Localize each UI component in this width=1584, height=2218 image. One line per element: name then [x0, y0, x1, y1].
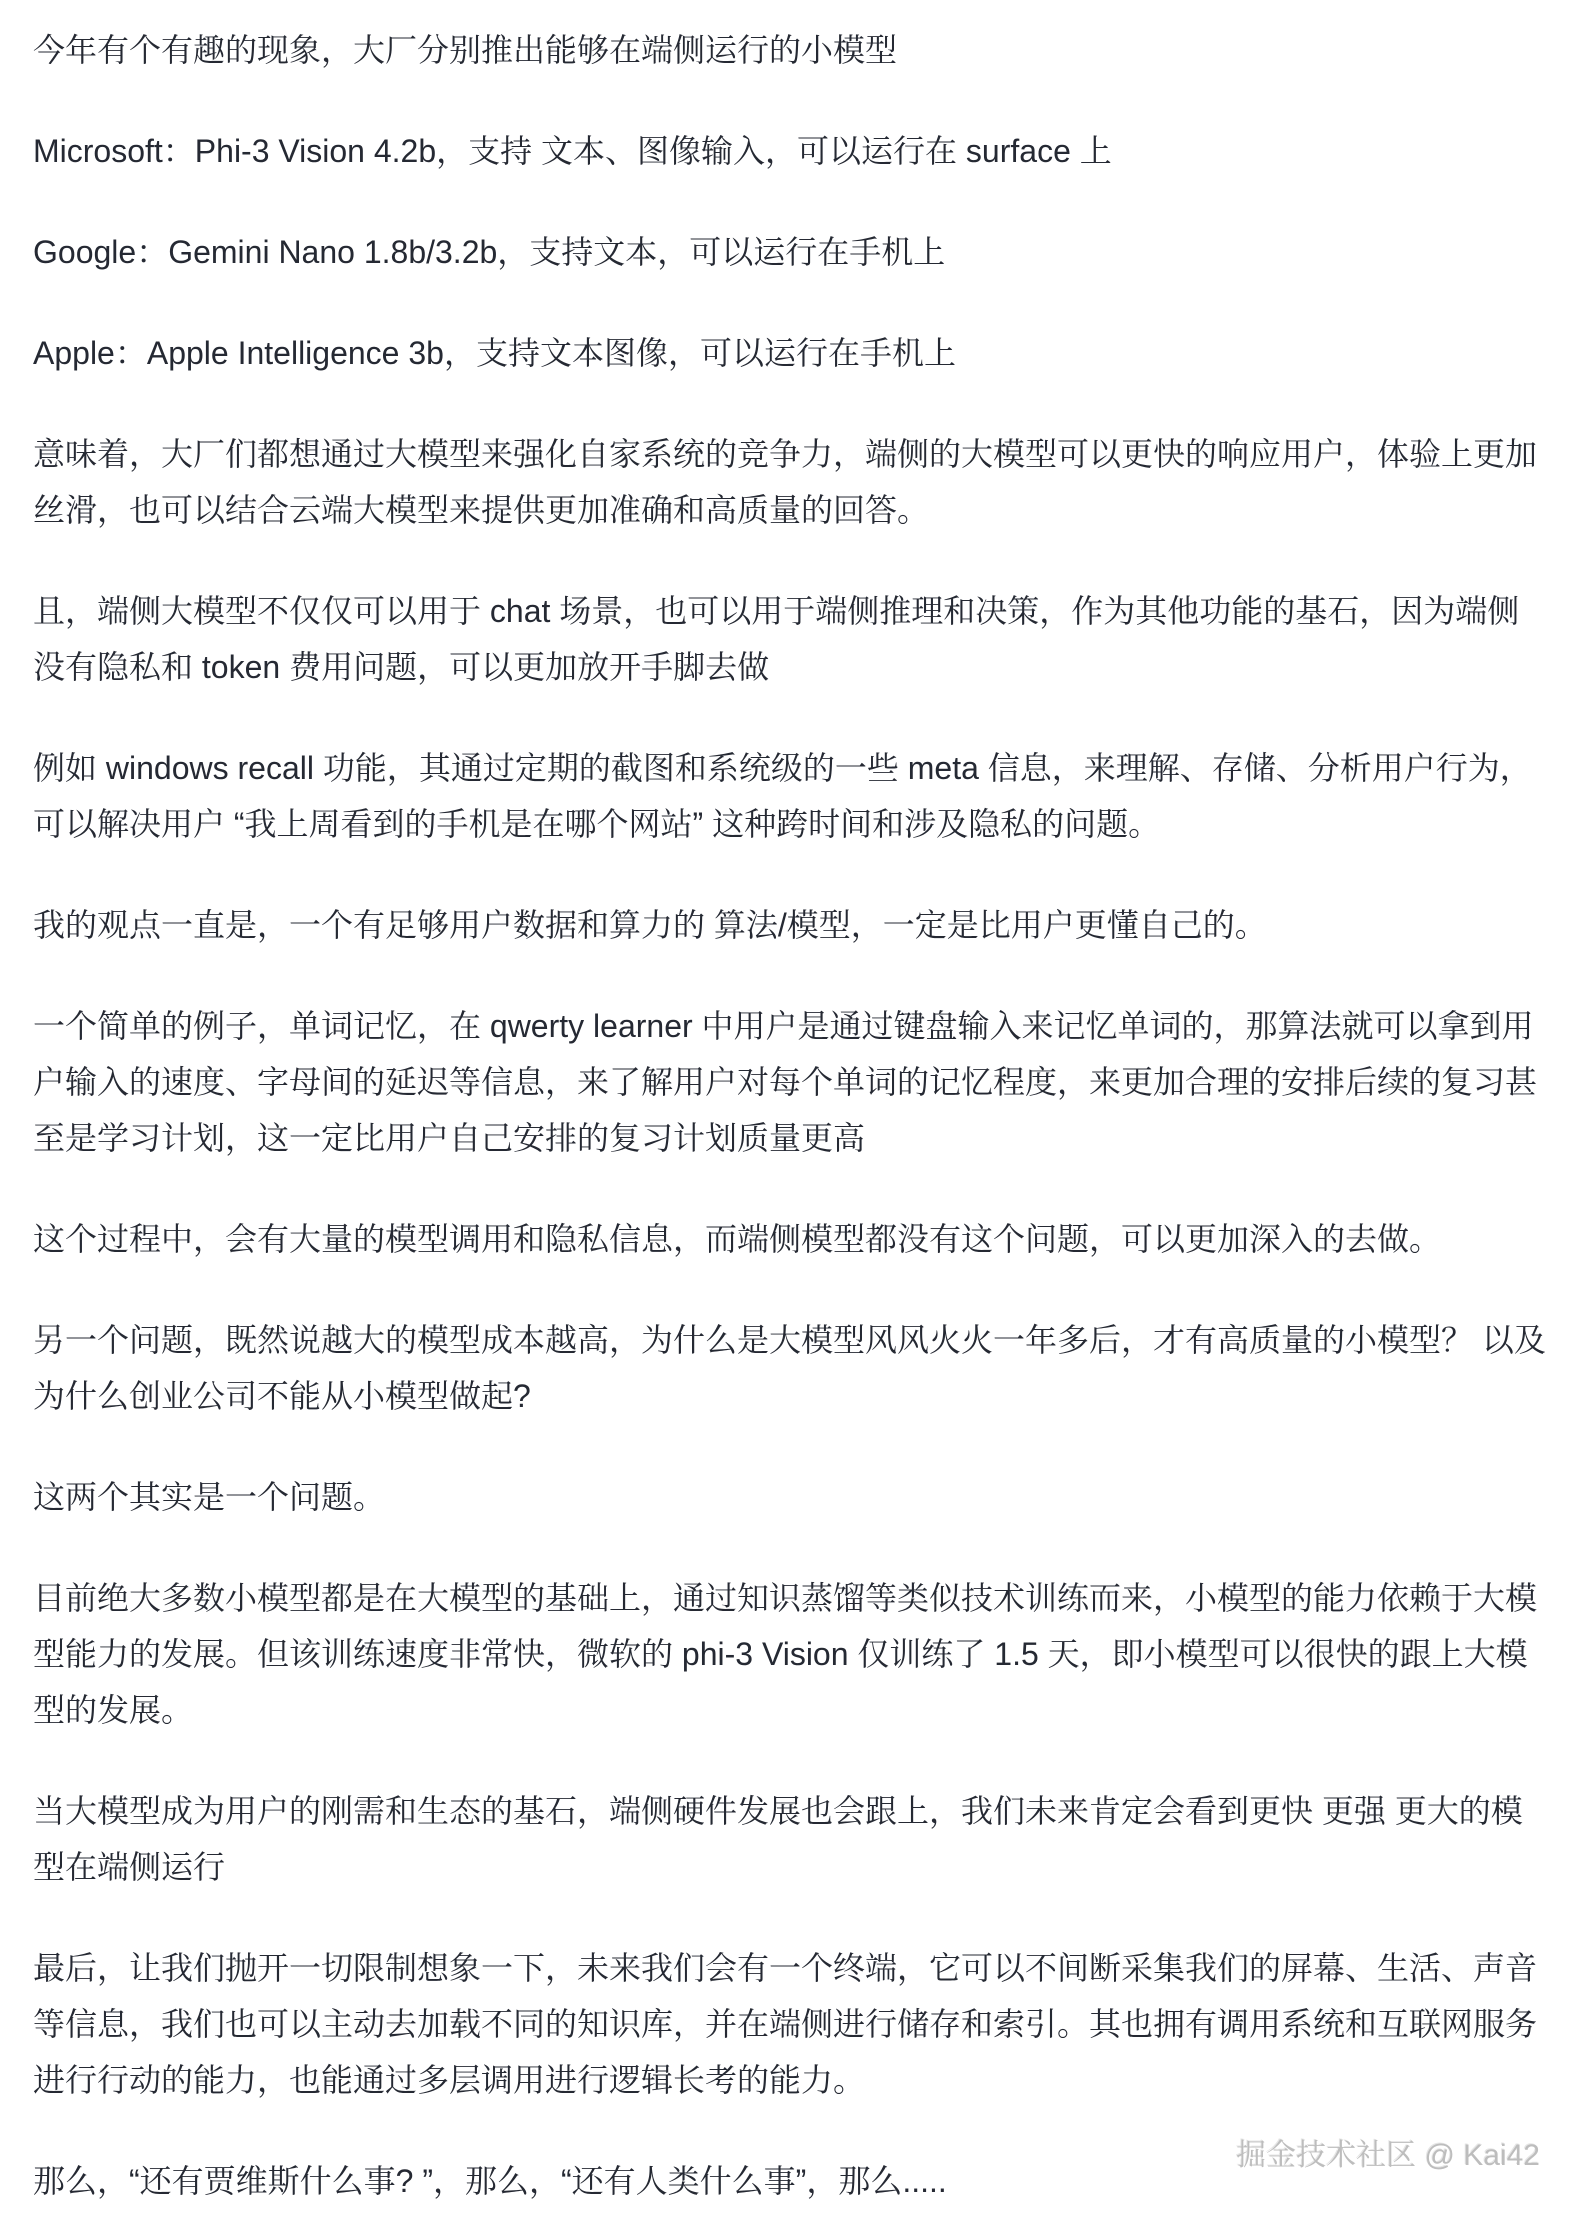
paragraph: 且，端侧大模型不仅仅可以用于 chat 场景，也可以用于端侧推理和决策，作为其他…: [33, 583, 1551, 695]
paragraph: 意味着，大厂们都想通过大模型来强化自家系统的竞争力，端侧的大模型可以更快的响应用…: [33, 426, 1551, 538]
article-page: { "page": { "background": "#ffffff", "te…: [0, 0, 1584, 2218]
watermark: 掘金技术社区 @ Kai42: [1236, 2139, 1540, 2173]
paragraph-microsoft: Microsoft：Phi-3 Vision 4.2b，支持 文本、图像输入，可…: [33, 123, 1551, 179]
paragraph: 这个过程中，会有大量的模型调用和隐私信息，而端侧模型都没有这个问题，可以更加深入…: [33, 1211, 1551, 1267]
paragraph-intro: 今年有个有趣的现象，大厂分别推出能够在端侧运行的小模型: [33, 22, 1551, 78]
paragraph: 最后，让我们抛开一切限制想象一下，未来我们会有一个终端，它可以不间断采集我们的屏…: [33, 1940, 1551, 2108]
paragraph-apple: Apple：Apple Intelligence 3b，支持文本图像，可以运行在…: [33, 325, 1551, 381]
paragraph-google: Google：Gemini Nano 1.8b/3.2b，支持文本，可以运行在手…: [33, 224, 1551, 280]
paragraph: 另一个问题，既然说越大的模型成本越高，为什么是大模型风风火火一年多后，才有高质量…: [33, 1312, 1551, 1424]
paragraph: 例如 windows recall 功能，其通过定期的截图和系统级的一些 met…: [33, 740, 1551, 852]
paragraph: 我的观点一直是，一个有足够用户数据和算力的 算法/模型，一定是比用户更懂自己的。: [33, 897, 1551, 953]
paragraph: 目前绝大多数小模型都是在大模型的基础上，通过知识蒸馏等类似技术训练而来，小模型的…: [33, 1570, 1551, 1738]
paragraph: 这两个其实是一个问题。: [33, 1469, 1551, 1525]
article-body: 今年有个有趣的现象，大厂分别推出能够在端侧运行的小模型 Microsoft：Ph…: [0, 0, 1584, 2209]
paragraph: 当大模型成为用户的刚需和生态的基石，端侧硬件发展也会跟上，我们未来肯定会看到更快…: [33, 1783, 1551, 1895]
paragraph: 一个简单的例子，单词记忆，在 qwerty learner 中用户是通过键盘输入…: [33, 998, 1551, 1166]
